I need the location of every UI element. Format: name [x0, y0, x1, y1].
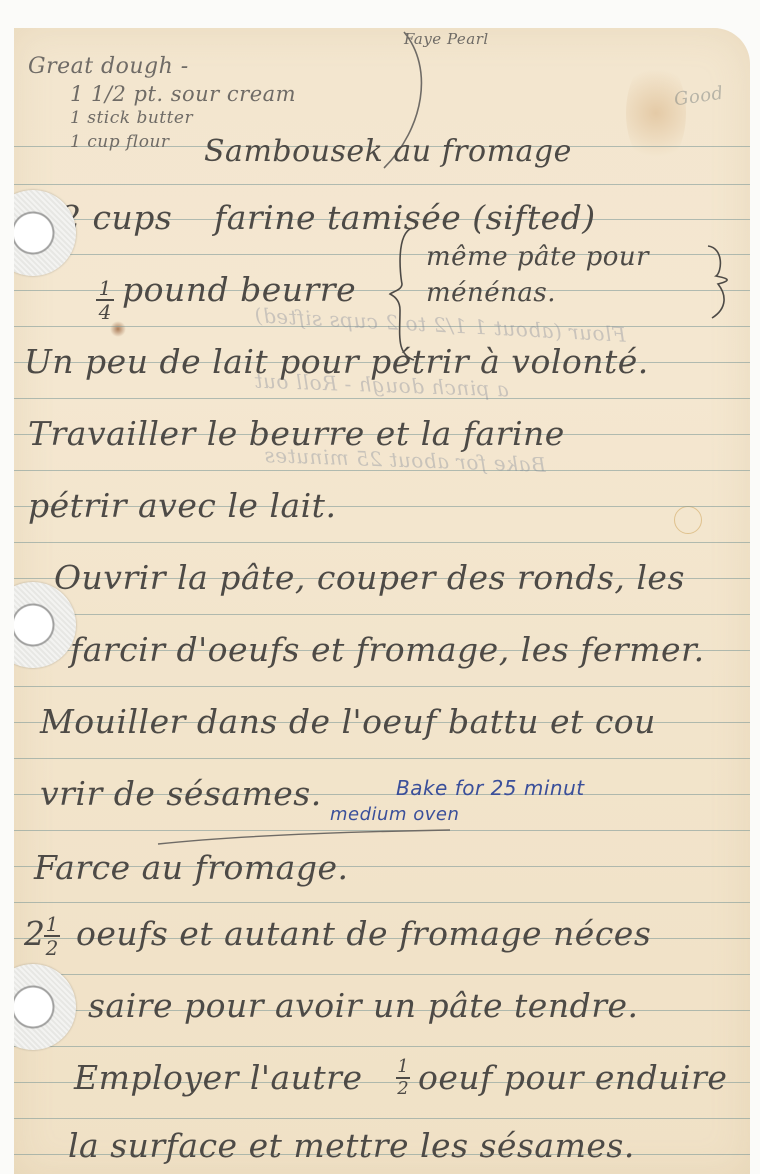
stain [110, 321, 126, 337]
bleed-through-text: Flour (about 1 1/2 to 2 cups sifted) [254, 303, 627, 346]
binder-hole [14, 964, 76, 1050]
blue-annotation: Bake for 25 minut [396, 776, 585, 800]
top-note-line: 1 stick butter [70, 108, 193, 128]
ruled-line [14, 1046, 750, 1047]
ingredient-qty: 2 cups [60, 198, 172, 237]
underline-stroke [154, 828, 454, 848]
recipe-step: Mouiller dans de l'oeuf battu et cou [40, 702, 656, 741]
ruled-line [14, 542, 750, 543]
half-fraction: 1 2 [396, 1058, 410, 1098]
top-note-title: Great dough - [28, 54, 189, 79]
top-note-line: 1 1/2 pt. sour cream [70, 82, 296, 106]
filling-line: oeufs et autant de fromage néces [76, 914, 651, 953]
filling-line: oeuf pour enduire [418, 1058, 727, 1097]
recipe-card: Flour (about 1 1/2 to 2 cups sifted) a p… [14, 28, 750, 1174]
filling-qty-fraction: 1 2 [44, 914, 60, 958]
stain [674, 506, 702, 534]
recipe-step: farcir d'oeufs et fromage, les fermer. [70, 630, 705, 669]
ruled-line [14, 1118, 750, 1119]
ingredient-fraction: 1 4 [96, 278, 114, 322]
filling-line: saire pour avoir un pâte tendre. [88, 986, 639, 1025]
recipe-step: Ouvrir la pâte, couper des ronds, les [54, 558, 685, 597]
recipe-step: Travailler le beurre et la farine [28, 414, 565, 453]
ruled-line [14, 902, 750, 903]
recipe-step: pétrir avec le lait. [28, 486, 336, 525]
ruled-line [14, 974, 750, 975]
right-brace [704, 242, 738, 322]
filling-qty-whole: 2 [24, 914, 46, 953]
ruled-line [14, 184, 750, 185]
recipe-title: Sambousek au fromage [204, 134, 572, 169]
filling-line: Employer l'autre [74, 1058, 362, 1097]
brace-note-line: même pâte pour [426, 242, 649, 272]
brace-note-line: ménénas. [426, 278, 556, 308]
recipe-step: Un peu de lait pour pétrir à volonté. [24, 342, 649, 381]
ruled-line [14, 398, 750, 399]
ruled-line [14, 686, 750, 687]
filling-title: Farce au fromage. [34, 848, 349, 887]
blue-annotation: medium oven [330, 804, 459, 825]
scanned-page: Flour (about 1 1/2 to 2 cups sifted) a p… [0, 0, 760, 1174]
filling-line: la surface et mettre les sésames. [68, 1126, 635, 1165]
top-note-line: 1 cup flour [70, 132, 170, 152]
stain [626, 58, 686, 168]
ingredient-text: pound beurre [122, 270, 356, 309]
ruled-line [14, 614, 750, 615]
ruled-line [14, 758, 750, 759]
recipe-step: vrir de sésames. [40, 774, 322, 813]
